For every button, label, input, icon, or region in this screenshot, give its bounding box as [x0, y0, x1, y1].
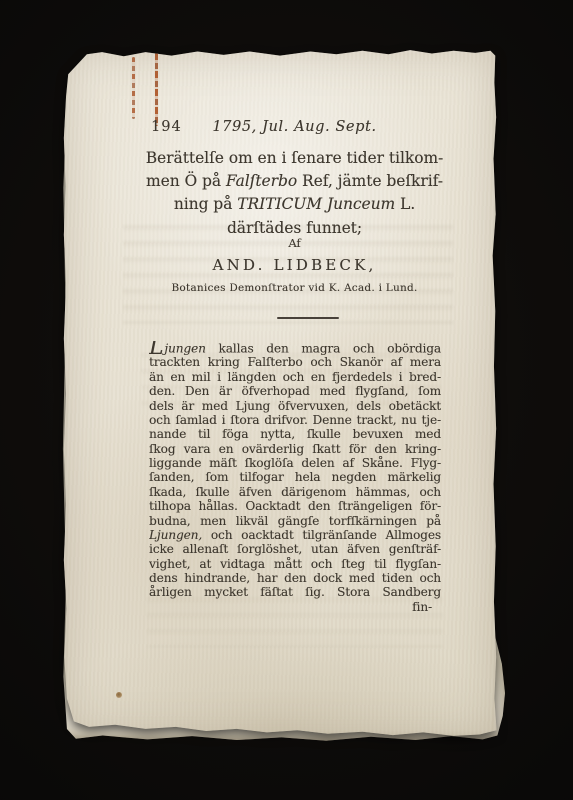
title-line-4: därſtädes funnet; — [146, 217, 444, 240]
paper-sheet-wrap: 194 1795, Jul. Aug. Sept. Berättelſe om … — [63, 48, 497, 740]
body-line: dens hindrande, har den dock med tiden o… — [149, 571, 441, 585]
body-line: Ljungen, och oacktadt tilgränſande Allmo… — [149, 528, 441, 542]
paper-sheet: 194 1795, Jul. Aug. Sept. Berättelſe om … — [63, 48, 497, 740]
body-line: vighet, at vidtaga mått och ſteg til fly… — [149, 557, 441, 571]
body-line: tilhopa hållas. Oacktadt den ſträngelige… — [149, 499, 441, 513]
show-through — [141, 344, 441, 408]
page-number: 194 — [151, 119, 182, 135]
body-line: liggande mäſt ſkoglöſa delen af Skåne. F… — [149, 456, 441, 470]
body-line: årligen mycket fäſtat ſig. Stora Sandber… — [149, 585, 441, 599]
article-title: Berättelſe om en i ſenare tider tilkom- … — [146, 147, 444, 240]
title-line-3: ning på TRITICUM Junceum L. — [146, 193, 444, 216]
running-header: 194 1795, Jul. Aug. Sept. — [148, 119, 441, 137]
body-line: nande til föga nytta, ſkulle bevuxen med — [149, 427, 441, 441]
body-line: ſkog vara en ovärderlig ſkatt för den kr… — [149, 442, 441, 456]
body-line: ſkada, ſkulle äfven därigenom hämmas, oc… — [149, 485, 441, 499]
body-line: Ljungen kallas den magra och obördiga — [149, 341, 441, 355]
issue-date: 1795, Jul. Aug. Sept. — [148, 119, 441, 135]
body-line: trackten kring Falſterbo och Skanör af m… — [149, 355, 441, 369]
catchword: fin- — [149, 600, 441, 614]
body-line: och ſamlad i ſtora drifvor. Denne trackt… — [149, 413, 441, 427]
body-line: dels är med Ljung öfvervuxen, dels obetä… — [149, 399, 441, 413]
byline-af: Af — [148, 236, 441, 250]
body-line: den. Den är öfverhopad med flygſand, ſom — [149, 384, 441, 398]
rust-stain-left — [132, 57, 135, 119]
show-through — [147, 588, 443, 648]
body-line: ſanden, ſom tilfogar hela negden märkeli… — [149, 470, 441, 484]
body-paragraph: Ljungen kallas den magra och obördiga tr… — [149, 341, 441, 614]
foxing-spot — [116, 692, 122, 698]
title-line-2: men Ö på Falſterbo Ref, jämte beſkrif- — [146, 170, 444, 193]
photo-stage: 194 1795, Jul. Aug. Sept. Berättelſe om … — [0, 0, 573, 800]
swash-initial: L — [149, 341, 163, 355]
show-through — [123, 216, 453, 324]
body-line: budna, men likväl gängſe torfſkärningen … — [149, 514, 441, 528]
author-name: AND. LIDBECK, — [148, 256, 441, 274]
body-line: än en mil i längden och en fjerdedels i … — [149, 370, 441, 384]
section-rule — [277, 317, 339, 319]
title-line-1: Berättelſe om en i ſenare tider tilkom- — [146, 147, 444, 170]
author-affiliation: Botanices Demonſtrator vid K. Acad. i Lu… — [148, 282, 441, 294]
body-line: icke allenaſt ſorglöshet, utan äfven gen… — [149, 542, 441, 556]
rust-stain-right — [155, 53, 158, 126]
